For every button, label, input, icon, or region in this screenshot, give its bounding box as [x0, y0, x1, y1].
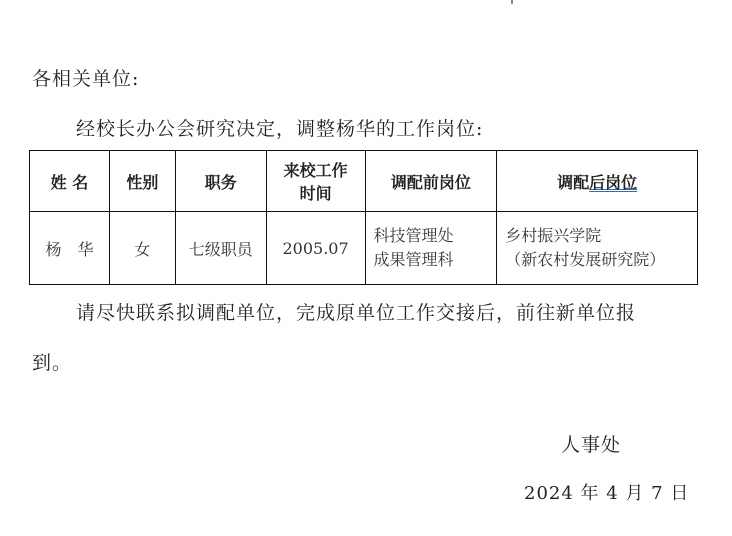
- header-after: 调配后岗位: [497, 151, 698, 212]
- transfer-table: 姓 名 性别 职务 来校工作 时间 调配前岗位 调配后岗位 杨 华 女 七级职员…: [29, 150, 698, 285]
- salutation: 各相关单位:: [32, 64, 139, 91]
- header-before: 调配前岗位: [365, 151, 497, 212]
- page-edge-mark: [511, 0, 513, 4]
- header-start-date-line2: 时间: [267, 181, 365, 204]
- cell-before: 科技管理处 成果管理科: [365, 212, 497, 285]
- header-gender: 性别: [109, 151, 175, 212]
- header-start-date: 来校工作 时间: [266, 151, 365, 212]
- request-paragraph-end: 到。: [32, 348, 72, 375]
- header-name: 姓 名: [30, 151, 110, 212]
- cell-after-line1: 乡村振兴学院: [505, 224, 697, 248]
- request-paragraph: 请尽快联系拟调配单位，完成原单位工作交接后，前往新单位报: [76, 298, 636, 325]
- cell-after-line2: （新农村发展研究院）: [505, 248, 697, 272]
- header-start-date-line1: 来校工作: [267, 158, 365, 181]
- cell-after: 乡村振兴学院 （新农村发展研究院）: [497, 212, 698, 285]
- cell-gender: 女: [109, 212, 175, 285]
- cell-position: 七级职员: [175, 212, 266, 285]
- cell-start-date: 2005.07: [266, 212, 365, 285]
- header-after-underlined: 后岗位: [589, 173, 637, 192]
- intro-paragraph: 经校长办公会研究决定，调整杨华的工作岗位:: [76, 114, 483, 141]
- header-position: 职务: [175, 151, 266, 212]
- table-row: 杨 华 女 七级职员 2005.07 科技管理处 成果管理科 乡村振兴学院 （新…: [30, 212, 698, 285]
- cell-before-line1: 科技管理处: [374, 224, 497, 248]
- date: 2024 年 4 月 7 日: [524, 479, 689, 505]
- header-after-prefix: 调配: [557, 173, 589, 192]
- signer: 人事处: [561, 430, 621, 457]
- cell-name: 杨 华: [30, 212, 110, 285]
- cell-before-line2: 成果管理科: [374, 248, 497, 272]
- table-header-row: 姓 名 性别 职务 来校工作 时间 调配前岗位 调配后岗位: [30, 151, 698, 212]
